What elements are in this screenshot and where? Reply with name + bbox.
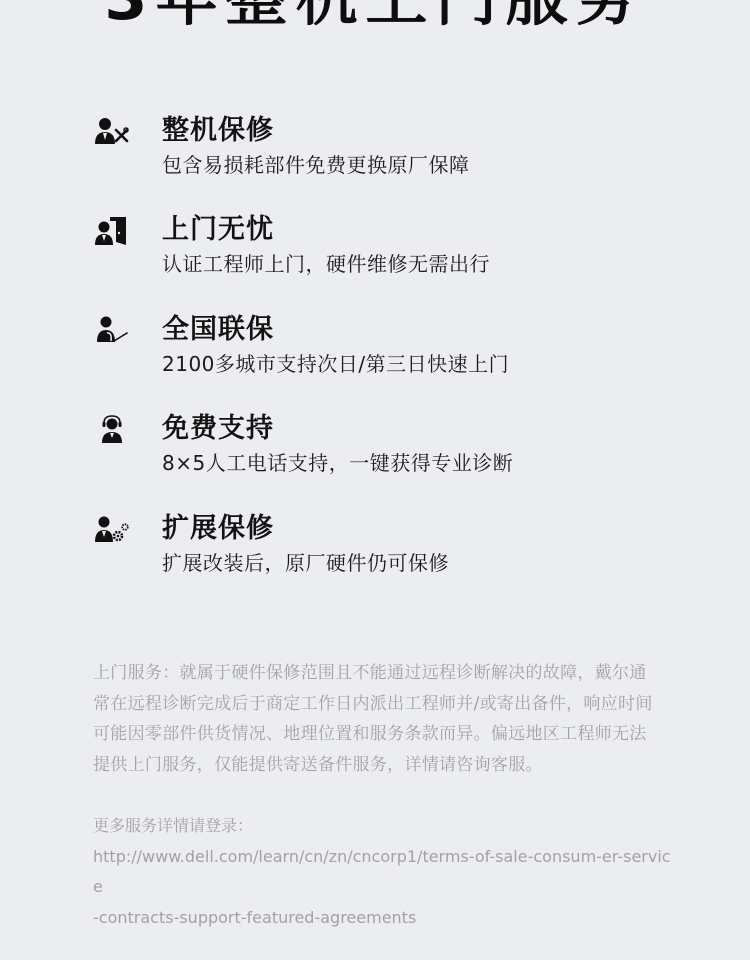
feature-title: 免费支持: [162, 406, 274, 445]
feature-free-support: 免费支持 8×5人工电话支持，一键获得专业诊断: [94, 412, 654, 492]
feature-desc: 包含易损耗部件免费更换原厂保障: [162, 149, 470, 178]
terms-url-line2[interactable]: -contracts-support-featured-agreements: [93, 903, 673, 934]
person-pen-icon: [94, 315, 130, 345]
feature-desc: 认证工程师上门，硬件维修无需出行: [162, 248, 490, 277]
person-headset-icon: [94, 414, 130, 444]
person-door-icon: [94, 215, 130, 245]
onsite-service-note: 上门服务：就属于硬件保修范围且不能通过远程诊断解决的故障，戴尔通常在远程诊断完成…: [93, 658, 663, 780]
feature-desc: 8×5人工电话支持，一键获得专业诊断: [162, 447, 513, 476]
feature-title: 上门无忧: [162, 207, 274, 246]
terms-url-line1[interactable]: http://www.dell.com/learn/cn/zn/cncorp1/…: [93, 842, 673, 903]
more-info: 更多服务详情请登录： http://www.dell.com/learn/cn/…: [93, 811, 673, 933]
feature-desc: 扩展改装后，原厂硬件仍可保修: [162, 547, 449, 576]
feature-extended-warranty: 扩展保修 扩展改装后，原厂硬件仍可保修: [94, 512, 654, 592]
person-gears-icon: [94, 514, 130, 544]
feature-national-warranty: 全国联保 2100多城市支持次日/第三日快速上门: [94, 313, 654, 393]
feature-title: 扩展保修: [162, 506, 274, 545]
feature-title: 整机保修: [162, 108, 274, 147]
hero-title: 3年整机上门服务: [0, 0, 750, 38]
feature-whole-machine-warranty: 整机保修 包含易损耗部件免费更换原厂保障: [94, 114, 654, 194]
feature-title: 全国联保: [162, 307, 274, 346]
more-info-label: 更多服务详情请登录：: [93, 811, 673, 842]
feature-onsite-service: 上门无忧 认证工程师上门，硬件维修无需出行: [94, 213, 654, 293]
person-tools-icon: [94, 116, 130, 146]
feature-desc: 2100多城市支持次日/第三日快速上门: [162, 348, 509, 377]
